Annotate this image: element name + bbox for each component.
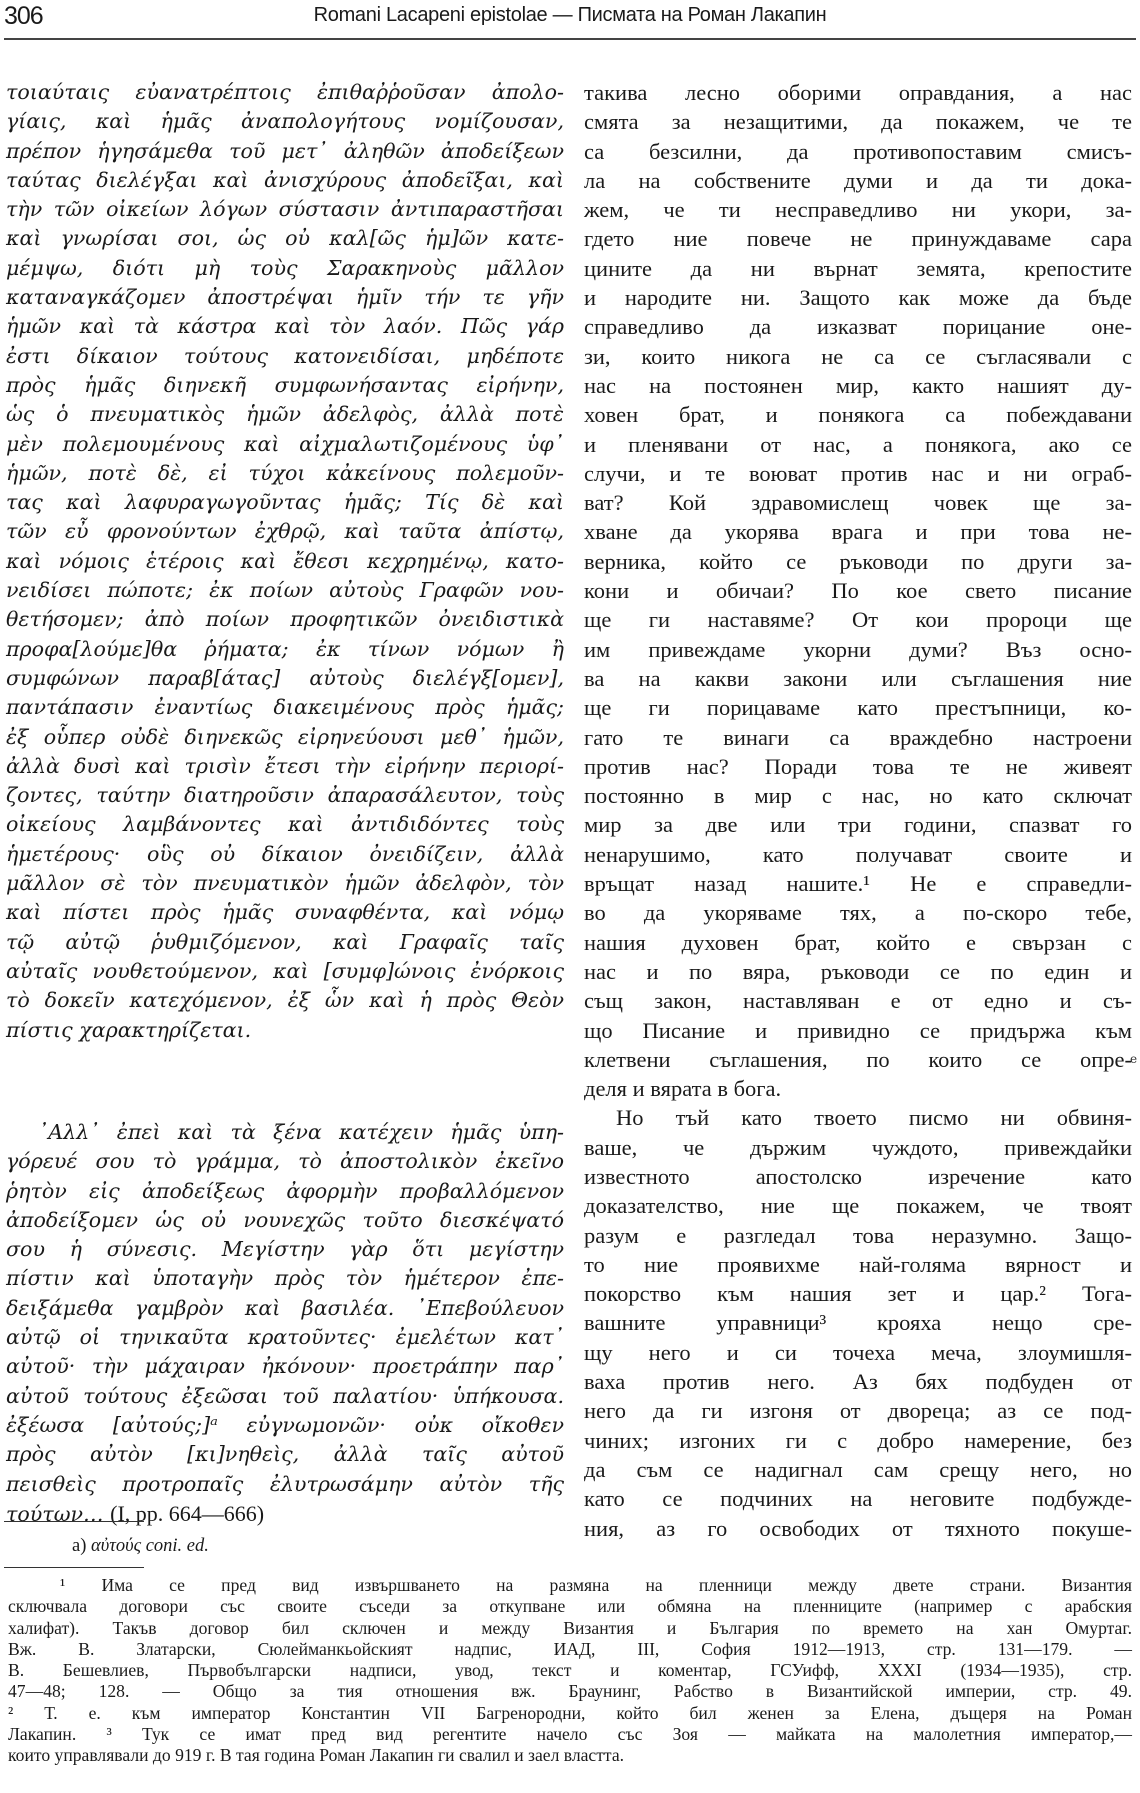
greek-line: τοιαύταις εὐανατρέπτοις ἐπιθαῤῥοῦσαν ἀπο… [6,78,564,107]
bg-line: кони и обичаи? По кое свето писание [584,576,1132,605]
bg-line: ховен брат, и понякога са побеждавани [584,400,1132,429]
bg-line: смята за незащитими, да покажем, че те [584,107,1132,136]
document-page: 306 Romani Lacapeni epistolae — Писмата … [0,0,1140,1793]
apparatus-rule [4,1521,144,1522]
greek-line: πίστιν καὶ ὑποταγὴν πρὸς τὸν ἡμέτερον ἐπ… [6,1264,564,1293]
bg-line: нас и по вяра, ръководи се по един и [584,957,1132,986]
footnote-rule [4,1567,144,1568]
bg-line: покорство към нашия зет и цар.² Тога- [584,1279,1132,1308]
bg-line: известното апостолско изречение като [584,1162,1132,1191]
bg-line: са безсилни, да противопоставим смисъ- [584,137,1132,166]
footnote-line: Вж. В. Златарски, Сюлейманкьойският надп… [8,1639,1132,1660]
running-title: Romani Lacapeni epistolae — Писмата на Р… [4,4,1136,27]
footnote-line: сключвала договори със своите съседи за … [8,1596,1132,1617]
bg-line: връщат назад нашите.¹ Не е справедли- [584,869,1132,898]
footnote-line: ¹ Има се пред вид извършването на размян… [8,1575,1132,1596]
bg-line: и народите ни. Защото как може да бъде [584,283,1132,312]
page-header: 306 Romani Lacapeni epistolae — Писмата … [4,0,1136,40]
greek-line: ῥητὸν εἰς ἀποδείξεως ἀφορμὴν προβαλλόμεν… [6,1177,564,1206]
bg-line: нас на постоянен мир, както нашият ду- [584,371,1132,400]
greek-line: θετήσομεν; ἀπὸ ποίων προφητικῶν ὀνειδιστ… [6,605,564,634]
bg-line: случи, и те воюват против нас и ни ограб… [584,459,1132,488]
margin-mark: e [1130,1052,1137,1066]
footnote-line: 47—48; 128. — Общо за тия отношения вж. … [8,1681,1132,1702]
footnote-line: Лакапин. ³ Тук се имат пред вид регентит… [8,1724,1132,1745]
greek-line: σου ἡ σύνεσις. Μεγίστην γὰρ ὅτι μεγίστην [6,1235,564,1264]
greek-column: τοιαύταις εὐανατρέπτοις ἐπιθαῤῥοῦσαν ἀπο… [6,78,564,1045]
greek-line: καὶ γνωρίσαι σοι, ὡς οὐ καλ[ῶς ἡμ]ῶν κατ… [6,224,564,253]
bg-line: справедливо да изказват порицание оне- [584,312,1132,341]
greek-line: τὴν τῶν οἰκείων λόγων σύστασιν ἀντιπαρασ… [6,195,564,224]
bg-line: да съм се надигнал сам срещу него, но [584,1455,1132,1484]
greek-line: γόρευέ σου τὸ γράμμα, τὸ ἀποστολικὸν ἐκε… [6,1147,564,1176]
bg-line: цините да ни върнат земята, крепостите [584,254,1132,283]
greek-line: τῶν εὖ φρονούντων ἐχθρῷ, καὶ ταῦτα ἀπίστ… [6,517,564,546]
greek-line: μέμψω, διότι μὴ τοὺς Σαρακηνοὺς μᾶλλον [6,254,564,283]
greek-line: ἡμῶν, ποτὲ δὲ, εἰ τύχοι κἀκείνους πολεμο… [6,459,564,488]
bg-line: що Писание и привидно се придържа към [584,1016,1132,1045]
greek-line: αὐτοῦ τούτους ἐξεῶσαι τοῦ παλατίου· ὑπήκ… [6,1382,564,1411]
bg-line: ваха против него. Аз бях подбуден от [584,1367,1132,1396]
bg-line: нашия духовен брат, който е свързан с [584,928,1132,957]
apparatus-text: coni. ed. [146,1536,209,1556]
bg-line: ва на какви закони или съглашения ние [584,664,1132,693]
greek-line: τῷ αὐτῷ ῥυθμιζόμενον, καὶ Γραφαῖς ταῖς [6,928,564,957]
bg-line: като се подчиних на неговите подбужде- [584,1484,1132,1513]
greek-line: καὶ νόμοις ἑτέροις καὶ ἔθεσι κεχρημένῳ, … [6,547,564,576]
bg-line: ват? Кой здравомислещ човек ще за- [584,488,1132,517]
greek-line: ἀποδείξομεν ὡς οὐ νουνεχῶς τοῦτο διεσκέψ… [6,1206,564,1235]
footnote-line: халифат). Такъв договор бил сключен и ме… [8,1618,1132,1639]
bulgarian-paragraph-1: такива лесно оборими оправдания, а нас с… [584,78,1132,1103]
footnote-line: ² Т. е. към император Константин VII Баг… [8,1703,1132,1724]
greek-line: τας καὶ λαφυραγωγοῦντας ἡμᾶς; Τίς δὲ καὶ [6,488,564,517]
bg-line: против нас? Поради това те не живеят [584,752,1132,781]
bg-line: ваше, че държим чуждото, привеждайки [584,1133,1132,1162]
bg-line: деля и вярата в бога. [584,1074,1132,1103]
greek-line: ἡμῶν καὶ τὰ κάστρα καὶ τὸν λαόν. Πῶς γάρ [6,312,564,341]
greek-line: καὶ πίστει πρὸς ἡμᾶς συναφθέντα, καὶ νόμ… [6,898,564,927]
footnote-line: В. Бешевлиев, Първобългарски надписи, ув… [8,1660,1132,1681]
bg-line: зи, които никога не са се съгласявали с [584,342,1132,371]
bg-line: постоянно в мир с нас, но като сключат [584,781,1132,810]
bg-line: същ закон, наставляван е от едно и съ- [584,986,1132,1015]
greek-line: γίαις, καὶ ἡμᾶς ἀναπολογήτους νομίζουσαν… [6,107,564,136]
greek-line: ταύτας διελέγξαι καὶ ἀνισχύρους ἀποδεῖξα… [6,166,564,195]
bg-line: то ние проявихме най-голяма вярност и [584,1250,1132,1279]
greek-line: πρέπον ἡγησάμεθα τοῦ μετ᾽ ἀληθῶν ἀποδείξ… [6,137,564,166]
greek-line: πρὸς ἡμᾶς διηνεκῆ συμφωνήσαντας εἰρήνην, [6,371,564,400]
bg-line: мир за две или три години, спазват го [584,810,1132,839]
bg-line: гато те винаги са враждебно настроени [584,723,1132,752]
bg-line: ще ги порицаваме като престъпници, ко- [584,693,1132,722]
bg-line: чиних; изгоних ги с добро намерение, без [584,1426,1132,1455]
bg-line: и пленявани от нас, а понякога, ако се [584,430,1132,459]
greek-line: οἰκείους λαμβάνοντες καὶ ἀντιδιδόντες το… [6,810,564,839]
greek-line: ἐστι δίκαιον τούτους κατονειδίσαι, μηδέπ… [6,342,564,371]
bg-line: Но тъй като твоето писмо ни обвиня- [584,1103,1132,1132]
bg-line: им привеждаме укорни думи? Въз осно- [584,635,1132,664]
source-citation: (I, pp. 664—666) [110,1501,264,1526]
greek-line: μὲν πολεμουμένους καὶ αἰχμαλωτιζομένους … [6,430,564,459]
bg-line: ненарушимо, като получават своите и [584,840,1132,869]
greek-line: συμφώνων παραβ[άτας] αὐτοὺς διελέγξ[ομεν… [6,664,564,693]
greek-line: ἐξέωσα [αὐτούς;]ᵃ εὐγνωμονῶν· οὐκ οἴκοθε… [6,1411,564,1440]
greek-line: αὐτοῦ· τὴν μάχαιραν ἠκόνουν· προετράπην … [6,1352,564,1381]
greek-line: τούτων… [6,1502,104,1526]
greek-line: πίστις χαρακτηρίζεται. [6,1016,564,1045]
greek-line: παντάπασιν ἐναντίως διακειμένους πρὸς ἡμ… [6,693,564,722]
bulgarian-paragraph-2: Но тъй като твоето писмо ни обвиня- ваше… [584,1103,1132,1542]
greek-line: τὸ δοκεῖν κατεχόμενον, ἐξ ὧν καὶ ἡ πρὸς … [6,986,564,1015]
bg-line: него да ги изгоня от двореца; аз се под- [584,1396,1132,1425]
greek-line: ἡμετέρους· οὓς οὐ δίκαιον ὀνειδίζειν, ἀλ… [6,840,564,869]
greek-line: ἀλλὰ δυσὶ καὶ τρισὶν ἔτεσι τὴν εἰρήνην π… [6,752,564,781]
apparatus-label: a) [72,1536,86,1556]
bg-line: вашните управници³ крояха нещо сре- [584,1308,1132,1337]
greek-line: ζοντες, ταύτην διατηροῦσιν ἀπαρασάλευτον… [6,781,564,810]
bg-line: разум е разгледал това неразумно. Защо- [584,1221,1132,1250]
bg-line: верника, който се ръководи по други за- [584,547,1132,576]
greek-paragraph-1: τοιαύταις εὐανατρέπτοις ἐπιθαῤῥοῦσαν ἀπο… [6,78,564,1045]
greek-line: προφα[λούμε]θα ῥήματα; ἐκ τίνων νόμων ἢ [6,635,564,664]
greek-line: ἐξ οὗπερ οὐδὲ διηνεκῶς εἰρηνεύουσι μεθ᾽ … [6,723,564,752]
greek-line: ᾽Αλλ᾽ ἐπεὶ καὶ τὰ ξένα κατέχειν ἡμᾶς ὑπη… [6,1118,564,1147]
greek-line: πρὸς αὐτὸν [κι]νηθεὶς, ἀλλὰ ταῖς αὐτοῦ [6,1440,564,1469]
header-rule [4,38,1136,40]
greek-line-last: τούτων… (I, pp. 664—666) [6,1499,564,1529]
bg-line: такива лесно оборими оправдания, а нас [584,78,1132,107]
bg-line: доказателство, ние ще покажем, че твоят [584,1191,1132,1220]
bg-line: ла на собствените думи и да ти дока- [584,166,1132,195]
greek-line: νειδίσει πώποτε; ἐκ ποίων αὐτοὺς Γραφῶν … [6,576,564,605]
greek-line: δειξάμεθα γαμβρὸν καὶ βασιλέα. ᾽Επεβούλε… [6,1294,564,1323]
greek-line: αὐταῖς νουθετούμενον, καὶ [συμφ]ώνοις ἐν… [6,957,564,986]
greek-line: αὐτῷ οἱ τηνικαῦτα κρατοῦντες· ἐμελέτων κ… [6,1323,564,1352]
bg-line: ния, аз го освободих от тяхното покуше- [584,1514,1132,1543]
bulgarian-column: такива лесно оборими оправдания, а нас с… [584,78,1132,1543]
greek-line: ὡς ὁ πνευματικὸς ἡμῶν ἀδελφὸς, ἀλλὰ ποτὲ [6,400,564,429]
greek-line: καταναγκάζομεν ἀποστρέψαι ἡμῖν τήν τε γῆ… [6,283,564,312]
footnotes: ¹ Има се пред вид извършването на размян… [8,1575,1132,1767]
footnote-line: които управлявали до 919 г. В тая година… [8,1745,1132,1766]
greek-line: μᾶλλον σὲ τὸν πνευματικὸν ἡμῶν ἀδελφὸν, … [6,869,564,898]
greek-line: πεισθεὶς προτροπαῖς ἐλυτρωσάμην αὐτὸν τῆ… [6,1470,564,1499]
bg-line: во да укоряваме тях, а по-скоро тебе, [584,898,1132,927]
bg-line: ще ги наставяме? От кои пророци ще [584,605,1132,634]
bg-line: хване да укорява врага и при това не- [584,517,1132,546]
bg-line: жем, че ти несправедливо ни укори, за- [584,195,1132,224]
apparatus-note: a) αὐτούς coni. ed. [72,1536,209,1557]
apparatus-greek: αὐτούς [91,1536,141,1556]
greek-paragraph-2: ᾽Αλλ᾽ ἐπεὶ καὶ τὰ ξένα κατέχειν ἡμᾶς ὑπη… [6,1118,564,1529]
bg-line: клетвени съглашения, по които се опре- [584,1045,1132,1074]
bg-line: гдето ние повече не принуждаваме сара [584,224,1132,253]
bg-line: щу него и си точеха меча, злоумишля- [584,1338,1132,1367]
